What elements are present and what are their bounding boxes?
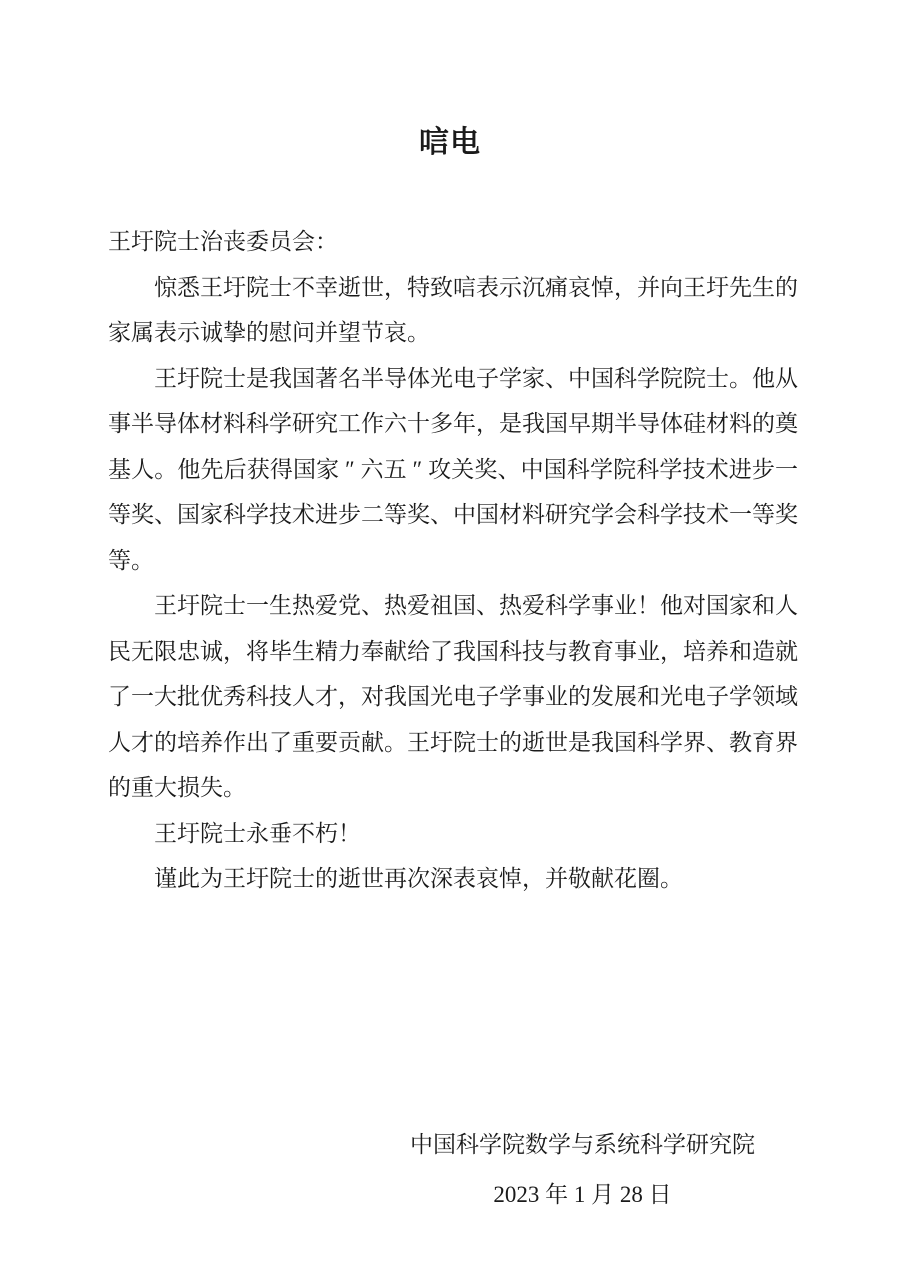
signature-date: 2023 年 1 月 28 日: [410, 1172, 755, 1218]
salutation-line: 王圩院士治丧委员会：: [108, 219, 798, 265]
document-title: 唁电: [0, 0, 900, 162]
paragraph-contributions: 王圩院士一生热爱党、热爱祖国、热爱科学事业！他对国家和人民无限忠诚，将毕生精力奉…: [108, 583, 798, 811]
paragraph-biography: 王圩院士是我国著名半导体光电子学家、中国科学院院士。他从事半导体材料科学研究工作…: [108, 356, 798, 584]
paragraph-closing-sentence: 谨此为王圩院士的逝世再次深表哀悼，并敬献花圈。: [108, 856, 798, 902]
document-page: 唁电 王圩院士治丧委员会： 惊悉王圩院士不幸逝世，特致唁表示沉痛哀悼，并向王圩先…: [0, 0, 900, 1273]
signature-organization: 中国科学院数学与系统科学研究院: [410, 1122, 755, 1168]
paragraph-condolence: 惊悉王圩院士不幸逝世，特致唁表示沉痛哀悼，并向王圩先生的家属表示诚挚的慰问并望节…: [108, 265, 798, 356]
closing-block: 中国科学院数学与系统科学研究院 2023 年 1 月 28 日: [0, 1122, 900, 1218]
signature-group: 中国科学院数学与系统科学研究院 2023 年 1 月 28 日: [410, 1122, 755, 1218]
paragraph-tribute: 王圩院士永垂不朽！: [108, 811, 798, 857]
document-body: 王圩院士治丧委员会： 惊悉王圩院士不幸逝世，特致唁表示沉痛哀悼，并向王圩先生的家…: [0, 219, 798, 902]
